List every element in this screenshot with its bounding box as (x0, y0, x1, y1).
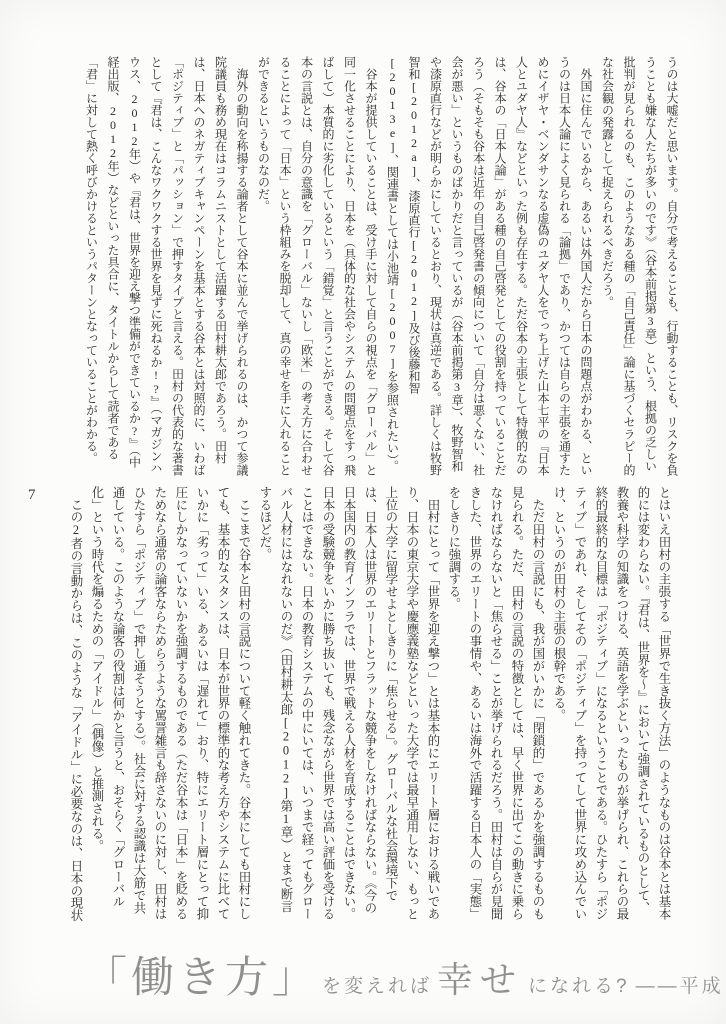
top-text-band: うのは大嘘だと思います。自分で考えることも、行動することも、リスクを負うことも嫌… (80, 56, 682, 476)
paragraph: とはいえ田村の主張する「世界で生き抜く方法」のようなものは谷本とは基本的には変わ… (548, 486, 674, 924)
book-page: うのは大嘘だと思います。自分で考えることも、行動することも、リスクを負うことも嫌… (0, 0, 726, 1024)
bottom-text-band: とはいえ田村の主張する「世界で生き抜く方法」のようなものは谷本とは基本的には変わ… (65, 486, 674, 924)
paragraph: 谷本が提供していることは、受け手に対して自らの視点を「グローバル」と同一化させる… (252, 56, 381, 476)
paragraph: ただ田村の言説にも、我が国がいかに「閉鎖的」であるかを強調するものも見られる。た… (443, 486, 548, 924)
paragraph: ここまで谷本と田村の言説について軽く触れてきた。谷本にしても田村にしても、基本的… (86, 486, 254, 924)
page-number: 7 (28, 487, 36, 504)
paragraph: 外国に住んでいるから、あるいは外国人だから日本の問題点がわかる、というのは日本人… (381, 56, 596, 476)
footer-title-mid1: を変えれば (322, 971, 432, 998)
chapter-footer: 「働き方」 を変えれば 幸せ になれる? ——平成日本若者論史 7 (84, 944, 726, 1005)
footer-title-quote: 「働き方」 (84, 944, 319, 1005)
paragraph: 海外の動向を称揚する論者として谷本に並んで挙げられるのは、かつて参議院議員も務め… (80, 56, 252, 476)
footer-title-mid2: になれる? (528, 971, 630, 998)
footer-series-label: ——平成日本若者論史 7 (636, 971, 726, 998)
paragraph: この2者の言動からは、このような「アイドル」に必要なのは、日本の現状 (65, 486, 86, 924)
footer-title-emph: 幸せ (437, 952, 523, 1003)
paragraph: 田村にとって「世界を迎え撃つ」とは基本的にエリート層における戦いであり、日本の東… (254, 486, 443, 924)
paragraph: うのは大嘘だと思います。自分で考えることも、行動することも、リスクを負うことも嫌… (596, 56, 682, 476)
